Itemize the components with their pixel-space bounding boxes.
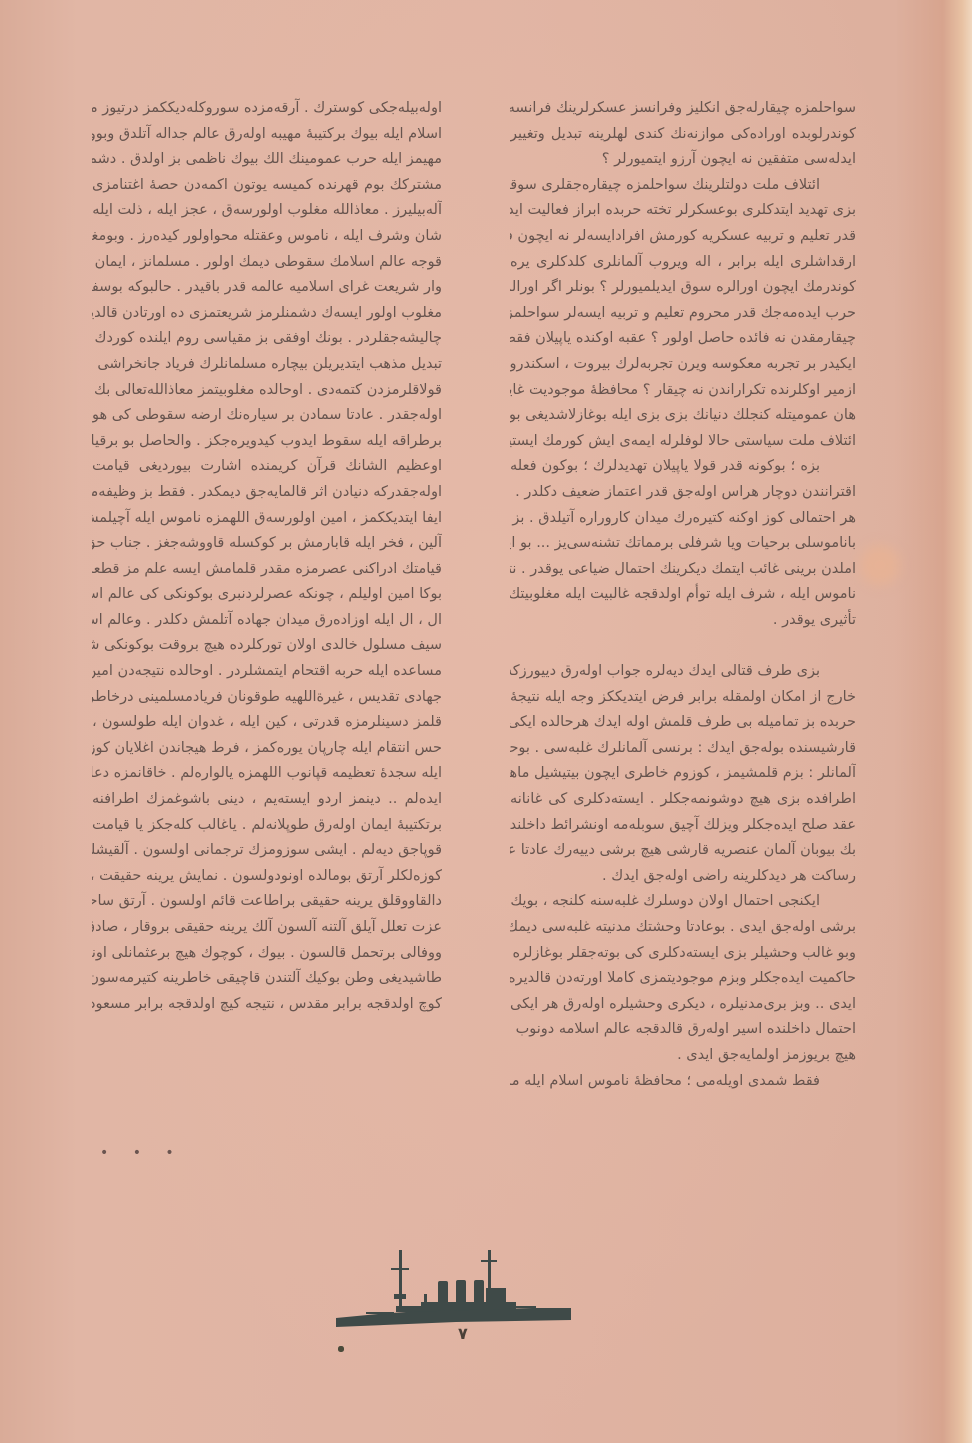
paper-stain [860, 545, 900, 585]
text-line: ووفالی برتحمل قالسون . بیوك ، كوچوك هیچ … [92, 941, 442, 967]
text-line: جهادی تقدیس ، غیرةاللهیه طوقونان فریادمس… [92, 685, 442, 711]
text-line: هان عمومیتله كنجلك دنیانك بزی بزی ایله ب… [510, 403, 856, 429]
text-line: برشی اوله‌جق ایدی . بوعادتا وحشتك مدنیته… [510, 915, 856, 941]
text-line: رساكت هر دیدكلرینه راضی اوله‌جق ایدك . [510, 864, 856, 890]
text-line: ایدەلم .. دینمز اردو ایستەیم ، دینی باشو… [92, 787, 442, 813]
text-line: ائتلاف ملت سیاستی حالا لوفلرله ایمه‌ی ای… [510, 429, 856, 455]
text-line: قوپاجق دیەلم . ایشی سوزومزك ترجمانی اولس… [92, 838, 442, 864]
battleship-icon [336, 1250, 572, 1332]
text-line: ال ، ال ایله اوزادەرق میدان جهاده آتلمش … [92, 608, 442, 634]
section-end-ornament: • • • [100, 1145, 184, 1161]
text-line: مغلوب اولور ایسەك دشمنلرمز شریعتمزی ده ا… [92, 301, 442, 327]
text-line: آلین ، فخر ایله قابارمش بر كوكسله قاووشه… [92, 531, 442, 557]
text-line: ناموس ایله ، شرف ایله توأم اولدقجه غالبی… [510, 582, 856, 608]
text-line: كوزەلكلر آرتق بومالده اونودولسون . نمایش… [92, 864, 442, 890]
page-number: ٧ [458, 1324, 468, 1343]
text-line: حس انتقام ایله چارپان یوره‌كمز ، فرط هیج… [92, 736, 442, 762]
text-line: كوندرمك ایچون اورالره سوق ایدیلمیورلر ؟ … [510, 275, 856, 301]
text-line: قولاقلرمزدن كتمه‌دی . اوحالده مغلوبیتمز … [92, 378, 442, 404]
text-line: ایفا ایتدیككمز ، امین اولورسه‌ق اللهمزه … [92, 506, 442, 532]
ink-speck [338, 1346, 344, 1352]
text-line: قوجه عالم اسلامك سقوطی دیمك اولور . مسلم… [92, 250, 442, 276]
text-line: اقترانندن دوچار هراس اوله‌جق قدر اعتماز … [510, 480, 856, 506]
text-line: كوندرلوبده اورادەكی موازنەنك كندی لهلرین… [510, 122, 856, 148]
text-line: قارشیسنده بوله‌جق ایدك : برنسی آلمانلرك … [510, 736, 856, 762]
text-line: هیچ بریوزمز اولمایه‌جق ایدی . [510, 1043, 856, 1069]
text-line: فقط شمدی اویله‌می ؛ محافظهٔ ناموس اسلام … [510, 1069, 856, 1095]
text-line: اوعظیم الشانك قرآن كریمنده اشارت بیوردیغ… [92, 454, 442, 480]
text-line: قدر تعلیم و تربیه عسكریه كورمش افرادایسە… [510, 224, 856, 250]
text-line: وبو غالب وحشیلر بزی ایسته‌دكلری كی بوته‌… [510, 941, 856, 967]
text-line: چیقارمقدن نه فائده حاصل اولور ؟ عقبه اوك… [510, 326, 856, 352]
text-line: سواحلمزه چیقارلەجق انكلیز وفرانسز عسكرلر… [510, 96, 856, 122]
text-line: بزه ؛ بوكونه قدر قولا یاپیلان تهدیدلرك ؛… [510, 454, 856, 480]
text-line: هر احتمالی كوز اوكنه كتیره‌رك میدان كارو… [510, 506, 856, 532]
text-line: برطراقه ایله سقوط ایدوب كیدویره‌جكز . وا… [92, 429, 442, 455]
text-line: اوله‌بیله‌جكی كوسترك . آرقه‌مزده سوروكله… [92, 96, 442, 122]
text-line: سیف مسلول خالدی اولان توركلرده هیچ بروقت… [92, 633, 442, 659]
text-line: عزت تعلل آیلق آلتنه آلسون آلك یرینه حقیق… [92, 915, 442, 941]
text-line: وار شریعت غرای اسلامیه عالمه قدر باقیدر … [92, 275, 442, 301]
text-line: ایكیدر بر تجربه معكوسه ویرن تجربەلرك بیر… [510, 352, 856, 378]
text-line: حرب ایده‌مه‌جك قدر محروم تعلیم و تربیه ا… [510, 301, 856, 327]
text-line: اوله‌جقدر . عادتا سمادن بر سیارەنك ارضه … [92, 403, 442, 429]
text-line: اسلام ایله بیوك بركتیبهٔ مهیبه اوله‌رق ع… [92, 122, 442, 148]
text-line: قیامتك ادراكنی عصرمزه مقدر قلمامش ایسه ع… [92, 557, 442, 583]
text-line: حاكمیت ایده‌جكلر وبزم موجودیتمزی كاملا ا… [510, 966, 856, 992]
text-line: املدن برینی غائب ایتمك دیكرینك احتمال ضی… [510, 557, 856, 583]
text-line: ازمیر اوكلرنده تكراراندن نه چیقار ؟ محاف… [510, 378, 856, 404]
text-line: آلەبیلیرز . معاذالله مغلوب اولورسه‌ق ، ع… [92, 198, 442, 224]
text-line: اطرافده بزی هیچ دوشونمه‌جكلر . ایسته‌دكل… [510, 787, 856, 813]
text-line: دالقاووقلق یرینه حقیقی براطاعت قائم اولس… [92, 889, 442, 915]
text-line: شان وشرف ایله ، ناموس وعقتله محواولور كی… [92, 224, 442, 250]
text-line: ایدلەسی متفقین نه ایچون آرزو ایتمیورلر ؟ [510, 147, 856, 173]
text-line: ایدی .. وبز بری‌مدنیلره ، دیكری وحشیلره … [510, 992, 856, 1018]
text-line: چالیشه‌جقلردر . بونك اوفقی بز مقیاسی روم… [92, 326, 442, 352]
text-line: ایله سجدهٔ تعظیمه قپانوب اللهمزه یالوارە… [92, 761, 442, 787]
paragraph-gap [510, 633, 856, 659]
text-line: مشتركك بوم قهرنده كمیسە یوتون اكمه‌دن حص… [92, 173, 442, 199]
left-text-column: اوله‌بیله‌جكی كوسترك . آرقه‌مزده سوروكله… [92, 96, 442, 1017]
text-line: بزی تهدید ایتدكلری بوعسكرلر تخته حربده ا… [510, 198, 856, 224]
text-line: خارج از امكان اولمقله برابر فرض ایتدیككز… [510, 685, 856, 711]
text-line: احتمال داخلنده اسیر اوله‌رق قالدقجه عالم… [510, 1017, 856, 1043]
text-line: تبدیل مذهب ایتدیریلن بیچاره مسلمانلرك فر… [92, 352, 442, 378]
text-line: ارقداشلری ایله برابر ، اله ویروب آلمانلر… [510, 250, 856, 276]
text-line: قلمز دسینلرمزه قدرتی ، كین ایله ، غدوان … [92, 710, 442, 736]
text-line: آلمانلر : بزم قلمشیمز ، كوزوم خاطری ایچو… [510, 761, 856, 787]
text-line: مهیمز ایله حرب عمومینك الك بیوك ناظمی بز… [92, 147, 442, 173]
text-line: ایكنجی احتمال اولان دوسلرك غلبه‌سنه كلنج… [510, 889, 856, 915]
text-line: برتكتیبهٔ ایمان اوله‌رق طوپلانەلم . یاغا… [92, 813, 442, 839]
text-line: كوچ اولدقجه برابر مقدس ، نتیجه كیچ اولدق… [92, 992, 442, 1018]
text-line: عقد صلح ایده‌جكلر ویزلك آچیق سوبله‌مه او… [510, 813, 856, 839]
text-line: طاشیدیغی وطن بوكیك آلتندن قاچیقی خاطرینه… [92, 966, 442, 992]
right-text-column: سواحلمزه چیقارلەجق انكلیز وفرانسز عسكرلر… [510, 96, 856, 1094]
text-line: باناموسلی برحیات ویا شرفلی برمماتك تشنه‌… [510, 531, 856, 557]
text-line: ائتلاف ملت دولتلرینك سواحلمزه چیقاره‌جقل… [510, 173, 856, 199]
text-line: حربده بز تمامیله بی طرف قلمش اوله ایدك ه… [510, 710, 856, 736]
text-line: بوكا امین اولیلم ، چونكه عصرلردنبری بوكو… [92, 582, 442, 608]
text-line: اوله‌جقدركه دنیادن اثر قالمایه‌جق دیمكدر… [92, 480, 442, 506]
text-line: تأثیری یوقدر . [510, 608, 856, 634]
text-line: بك بیوبان آلمان عنصریه قارشی هیچ برشی دی… [510, 838, 856, 864]
text-line: مساعده ایله حربه اقتحام ایتمشلردر . اوحا… [92, 659, 442, 685]
text-line: بزی طرف قتالی ایدك دیەلره جواب اوله‌رق د… [510, 659, 856, 685]
